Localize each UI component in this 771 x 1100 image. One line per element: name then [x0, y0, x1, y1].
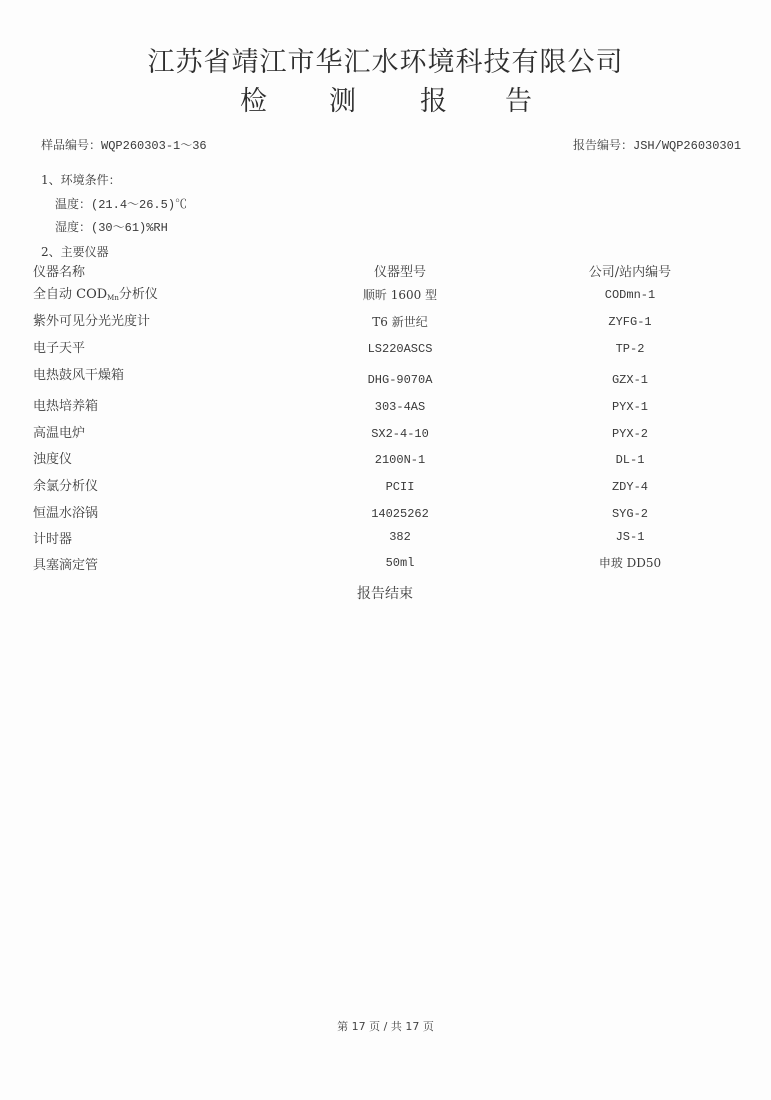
instruments-heading: 2、主要仪器 [41, 244, 109, 260]
instrument-model: SX2-4-10 [300, 426, 500, 442]
instrument-name: 全自动 CODMn分析仪 [33, 287, 158, 306]
instrument-model: DHG-9070A [300, 372, 500, 388]
instrument-model: 2100N-1 [300, 452, 500, 468]
temperature-line: 温度：(21.4～26.5)℃ [55, 196, 187, 213]
instrument-model: 顺昕 1600 型 [300, 287, 500, 303]
report-title-char: 测 [329, 84, 356, 120]
instrument-code: CODmn-1 [530, 287, 730, 303]
instrument-model: LS220ASCS [300, 341, 500, 357]
report-number-label: 报告编号： [573, 138, 633, 152]
instrument-name: 恒温水浴锅 [33, 506, 98, 522]
column-header-code: 公司/站内编号 [530, 265, 730, 281]
report-number-value: JSH/WQP26030301 [633, 139, 741, 153]
report-title: 检 测 报 告 [0, 84, 771, 120]
instrument-name-subscript: Mn [107, 294, 119, 302]
column-header-model: 仪器型号 [300, 265, 500, 281]
instrument-code: ZDY-4 [530, 479, 730, 495]
environment-heading: 1、环境条件： [41, 172, 121, 188]
instrument-code: TP-2 [530, 341, 730, 357]
instrument-name: 紫外可见分光光度计 [33, 314, 150, 330]
sample-number: 样品编号：WQP260303-1～36 [41, 137, 207, 154]
report-number: 报告编号：JSH/WQP26030301 [573, 137, 741, 154]
page-number: 第 17 页 / 共 17 页 [0, 1020, 771, 1034]
report-title-char: 检 [240, 84, 267, 120]
instrument-name: 浊度仪 [33, 452, 72, 468]
humidity-label: 湿度： [55, 220, 91, 234]
temperature-value: (21.4～26.5)℃ [91, 198, 187, 212]
report-end-text: 报告结束 [300, 585, 470, 603]
instrument-code: GZX-1 [530, 372, 730, 388]
instrument-name: 高温电炉 [33, 426, 85, 442]
instrument-code: PYX-2 [530, 426, 730, 442]
report-title-char: 报 [420, 84, 447, 120]
instrument-code: JS-1 [530, 529, 730, 545]
instrument-code: SYG-2 [530, 506, 730, 522]
instrument-name-suffix: 分析仪 [119, 287, 158, 302]
instrument-model: T6 新世纪 [300, 314, 500, 330]
instrument-code: 申玻 DD50 [530, 555, 730, 571]
instrument-name: 电热培养箱 [33, 399, 98, 415]
instrument-code: DL-1 [530, 452, 730, 468]
instrument-name-text: 全自动 COD [33, 287, 107, 302]
instrument-code: ZYFG-1 [530, 314, 730, 330]
instrument-name: 电热鼓风干燥箱 [33, 368, 124, 384]
company-title: 江苏省靖江市华汇水环境科技有限公司 [0, 46, 771, 80]
instrument-model: 14025262 [300, 506, 500, 522]
column-header-name: 仪器名称 [33, 265, 85, 281]
temperature-label: 温度： [55, 197, 91, 211]
report-title-char: 告 [505, 84, 532, 120]
sample-number-value: WQP260303-1～36 [101, 139, 207, 153]
report-page: 江苏省靖江市华汇水环境科技有限公司 检 测 报 告 样品编号：WQP260303… [0, 0, 771, 1100]
sample-number-label: 样品编号： [41, 138, 101, 152]
instrument-model: 50ml [300, 555, 500, 571]
humidity-line: 湿度：(30～61)%RH [55, 219, 168, 236]
instrument-name: 电子天平 [33, 341, 85, 357]
instrument-model: 382 [300, 529, 500, 545]
humidity-value: (30～61)%RH [91, 221, 168, 235]
instrument-name: 计时器 [33, 532, 72, 548]
instrument-code: PYX-1 [530, 399, 730, 415]
instrument-model: 303-4AS [300, 399, 500, 415]
instrument-name: 具塞滴定管 [33, 558, 98, 574]
instrument-model: PCII [300, 479, 500, 495]
instrument-name: 余氯分析仪 [33, 479, 98, 495]
